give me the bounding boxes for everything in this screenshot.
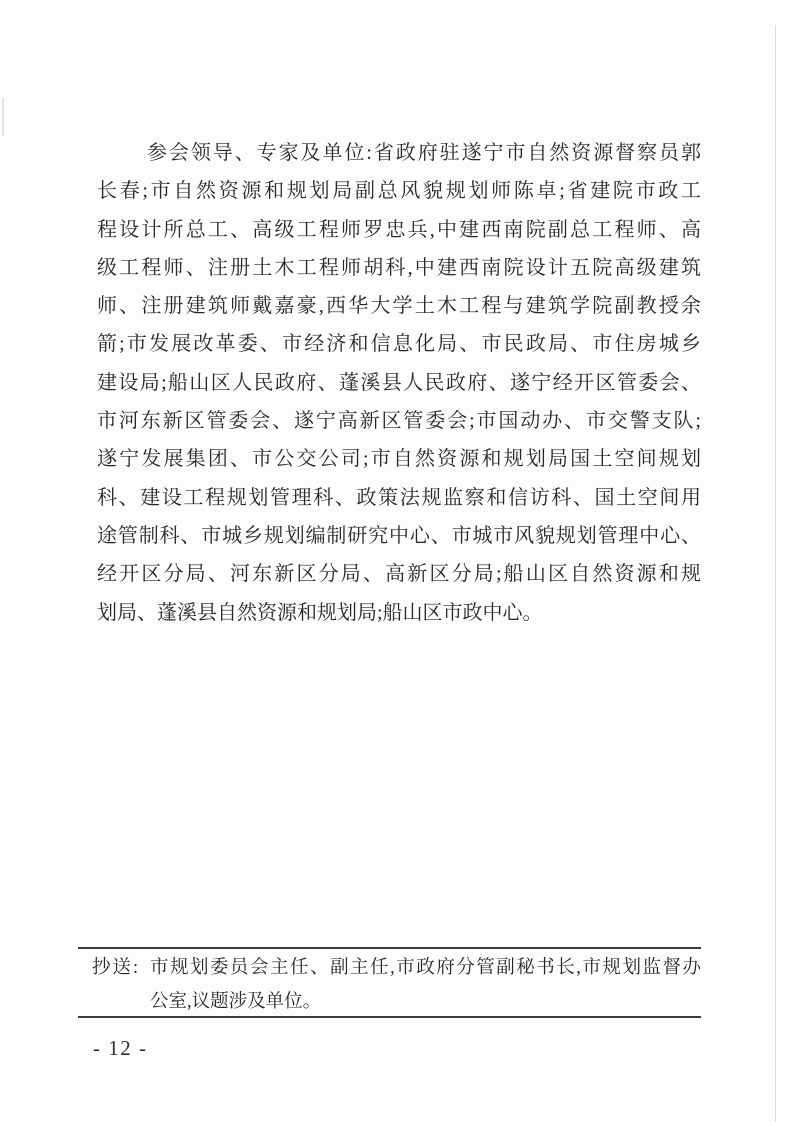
body-paragraph-line: 建设局;船山区人民政府、蓬溪县人民政府、遂宁经开区管委会、: [97, 364, 701, 402]
body-paragraph-line: 程设计所总工、高级工程师罗忠兵,中建西南院副总工程师、高: [97, 211, 701, 249]
body-paragraph-line: 师、注册建筑师戴嘉豪,西华大学土木工程与建筑学院副教授余: [97, 287, 701, 325]
scan-artifact-left-edge: [2, 98, 4, 136]
body-paragraph-line: 途管制科、市城乡规划编制研究中心、市城市风貌规划管理中心、: [97, 517, 701, 555]
scan-artifact-right-edge: [775, 25, 776, 1122]
body-paragraph-line: 科、建设工程规划管理科、政策法规监察和信访科、国土空间用: [97, 479, 701, 517]
copy-note-label: 抄送:: [92, 951, 140, 985]
copy-note-bottom-rule: [78, 1016, 701, 1018]
copy-note-line: 市规划委员会主任、副主任,市政府分管副秘书长,市规划监督办: [150, 951, 701, 985]
body-paragraph-line: 划局、蓬溪县自然资源和规划局;船山区市政中心。: [97, 594, 701, 632]
body-paragraph-line: 参会领导、专家及单位:省政府驻遂宁市自然资源督察员郭: [97, 134, 701, 172]
copy-note-line: 公室,议题涉及单位。: [150, 985, 701, 1019]
body-paragraph-line: 市河东新区管委会、遂宁高新区管委会;市国动办、市交警支队;: [97, 402, 701, 440]
body-paragraph-line: 遂宁发展集团、市公交公司;市自然资源和规划局国土空间规划: [97, 440, 701, 478]
body-paragraph-line: 长春;市自然资源和规划局副总风貌规划师陈卓;省建院市政工: [97, 172, 701, 210]
copy-note-top-rule: [78, 947, 701, 949]
body-paragraph: 参会领导、专家及单位:省政府驻遂宁市自然资源督察员郭 长春;市自然资源和规划局副…: [97, 134, 701, 632]
copy-note-text: 市规划委员会主任、副主任,市政府分管副秘书长,市规划监督办 公室,议题涉及单位。: [150, 951, 701, 1019]
body-paragraph-line: 箭;市发展改革委、市经济和信息化局、市民政局、市住房城乡: [97, 325, 701, 363]
body-paragraph-line: 经开区分局、河东新区分局、高新区分局;船山区自然资源和规: [97, 555, 701, 593]
document-page: 参会领导、专家及单位:省政府驻遂宁市自然资源督察员郭 长春;市自然资源和规划局副…: [0, 0, 793, 1122]
body-paragraph-line: 级工程师、注册土木工程师胡科,中建西南院设计五院高级建筑: [97, 249, 701, 287]
page-number: - 12 -: [93, 1036, 148, 1061]
